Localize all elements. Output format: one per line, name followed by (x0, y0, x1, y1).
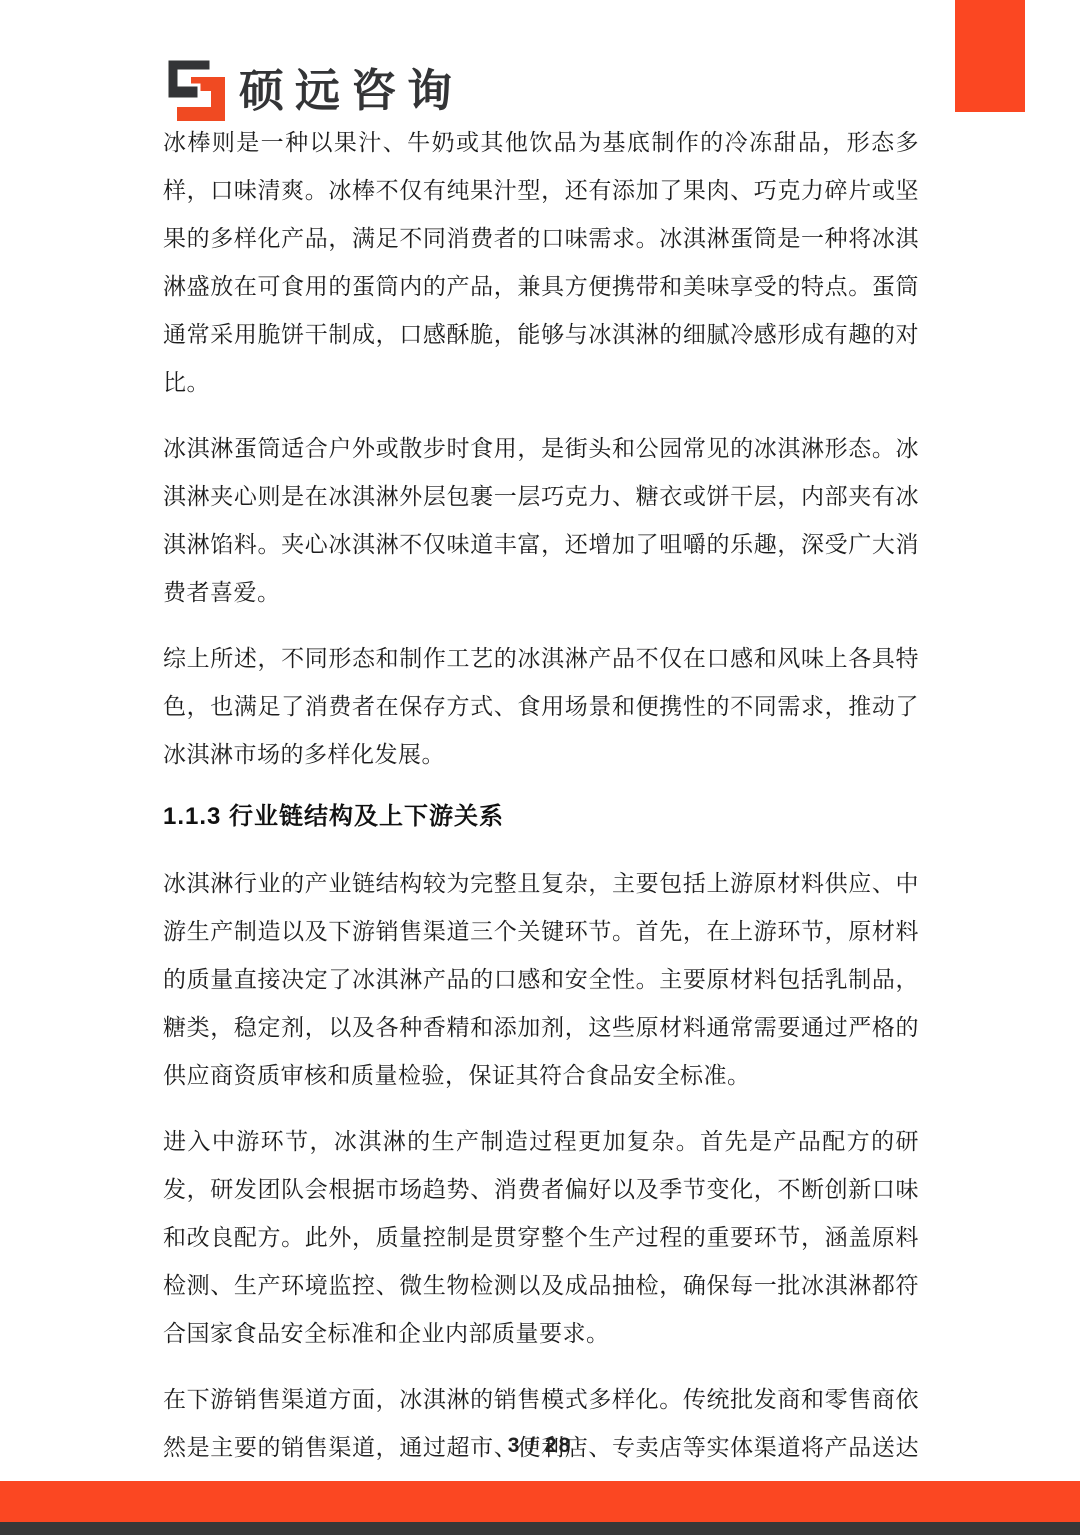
body-paragraph: 冰棒则是一种以果汁、牛奶或其他饮品为基底制作的冷冻甜品，形态多样，口味清爽。冰棒… (163, 118, 919, 406)
body-paragraph: 冰淇淋行业的产业链结构较为完整且复杂，主要包括上游原材料供应、中游生产制造以及下… (163, 859, 919, 1099)
page-number: 3 / 28 (0, 1434, 1080, 1458)
body-paragraph: 冰淇淋蛋筒适合户外或散步时食用，是街头和公园常见的冰淇淋形态。冰淇淋夹心则是在冰… (163, 424, 919, 616)
body-paragraph: 进入中游环节，冰淇淋的生产制造过程更加复杂。首先是产品配方的研发，研发团队会根据… (163, 1117, 919, 1357)
brand-logo: 硕远咨询 (167, 58, 463, 122)
report-page: 硕远咨询 冰棒则是一种以果汁、牛奶或其他饮品为基底制作的冷冻甜品，形态多样，口味… (0, 0, 1080, 1535)
body-paragraph: 综上所述，不同形态和制作工艺的冰淇淋产品不仅在口感和风味上各具特色，也满足了消费… (163, 634, 919, 778)
corner-accent-block (955, 0, 1025, 112)
brand-name: 硕远咨询 (239, 68, 463, 113)
document-body: 冰棒则是一种以果汁、牛奶或其他饮品为基底制作的冷冻甜品，形态多样，口味清爽。冰棒… (163, 118, 919, 1535)
footer-accent-bar (0, 1481, 1080, 1522)
interlocking-s-logo-icon (167, 58, 225, 122)
footer-dark-bar (0, 1522, 1080, 1535)
section-heading: 1.1.3 行业链结构及上下游关系 (163, 796, 919, 831)
